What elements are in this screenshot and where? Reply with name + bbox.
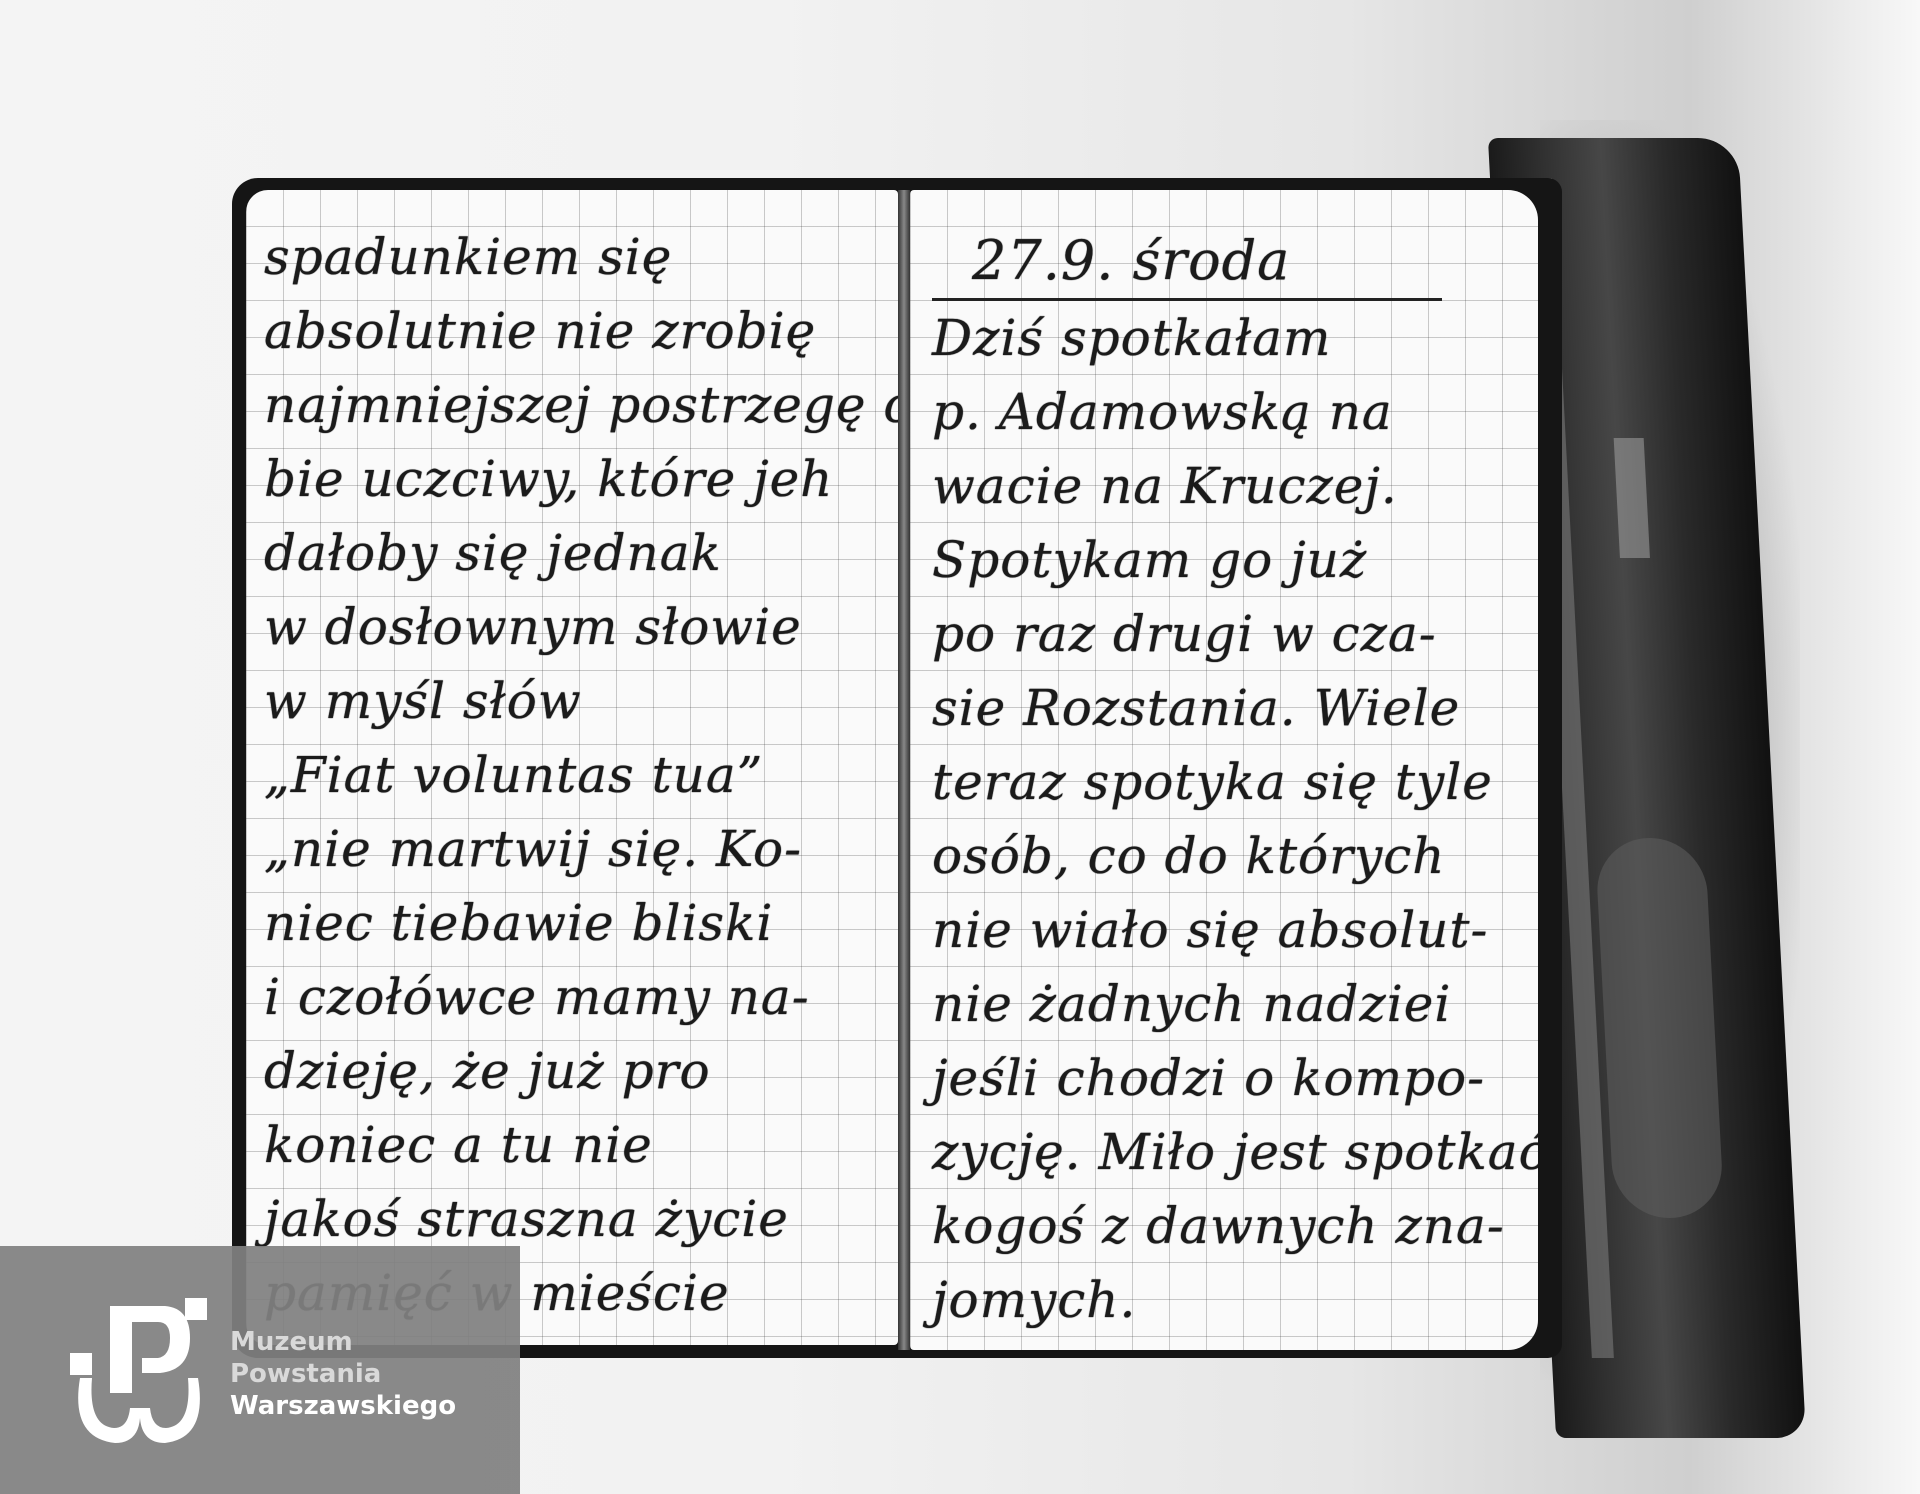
kotwica-anchor-icon	[70, 1298, 210, 1448]
handwritten-line: sie Rozstania. Wiele	[932, 671, 1526, 745]
left-page: spadunkiem się absolutnie nie zrobię naj…	[246, 190, 898, 1345]
spine-worn-patch	[1595, 838, 1725, 1218]
right-page-text: 27.9. środa Dziś spotkałam p. Adamowską …	[932, 224, 1526, 1337]
museum-name: Muzeum Powstania Warszawskiego	[230, 1326, 456, 1422]
handwritten-line: dałoby się jednak	[264, 516, 886, 590]
page-gutter	[898, 190, 910, 1350]
handwritten-line: absolutnie nie zrobię	[264, 294, 886, 368]
handwritten-line: zycję. Miło jest spotkać	[932, 1115, 1526, 1189]
handwritten-line: po raz drugi w cza-	[932, 597, 1526, 671]
handwritten-line: koniec a tu nie	[264, 1108, 886, 1182]
right-page: 27.9. środa Dziś spotkałam p. Adamowską …	[910, 190, 1538, 1350]
handwritten-line: p. Adamowską na	[932, 375, 1526, 449]
museum-name-line: Warszawskiego	[230, 1390, 456, 1422]
handwritten-line: Dziś spotkałam	[932, 301, 1526, 375]
handwritten-line: w dosłownym słowie	[264, 590, 886, 664]
museum-watermark: Muzeum Powstania Warszawskiego	[0, 1246, 520, 1494]
handwritten-line: jakoś straszna życie	[264, 1182, 886, 1256]
handwritten-line: spadunkiem się	[264, 220, 886, 294]
handwritten-line: jeśli chodzi o kompo-	[932, 1041, 1526, 1115]
handwritten-line: nie wiało się absolut-	[932, 893, 1526, 967]
handwritten-line: bie uczciwy, które jeh	[264, 442, 886, 516]
museum-name-line: Muzeum	[230, 1326, 456, 1358]
handwritten-line: teraz spotyka się tyle	[932, 745, 1526, 819]
handwritten-line: i czołówce mamy na-	[264, 960, 886, 1034]
handwritten-line: osób, co do których	[932, 819, 1526, 893]
handwritten-line: nie żadnych nadziei	[932, 967, 1526, 1041]
handwritten-line: wacie na Kruczej.	[932, 449, 1526, 523]
entry-date-heading: 27.9. środa	[932, 224, 1442, 301]
museum-name-line: Powstania	[230, 1358, 456, 1390]
handwritten-line: „nie martwij się. Ko-	[264, 812, 886, 886]
notebook: spadunkiem się absolutnie nie zrobię naj…	[232, 178, 1780, 1363]
handwritten-line: „Fiat voluntas tua”	[264, 738, 886, 812]
handwritten-line: jomych.	[932, 1263, 1526, 1337]
handwritten-line: Spotykam go już	[932, 523, 1526, 597]
handwritten-line: niec tiebawie bliski	[264, 886, 886, 960]
left-page-text: spadunkiem się absolutnie nie zrobię naj…	[264, 220, 886, 1345]
handwritten-line: kogoś z dawnych zna-	[932, 1189, 1526, 1263]
spine-tear	[1614, 438, 1650, 558]
handwritten-line: w myśl słów	[264, 664, 886, 738]
handwritten-line: dzieję, że już pro	[264, 1034, 886, 1108]
handwritten-line: najmniejszej postrzegę o-	[264, 368, 886, 442]
